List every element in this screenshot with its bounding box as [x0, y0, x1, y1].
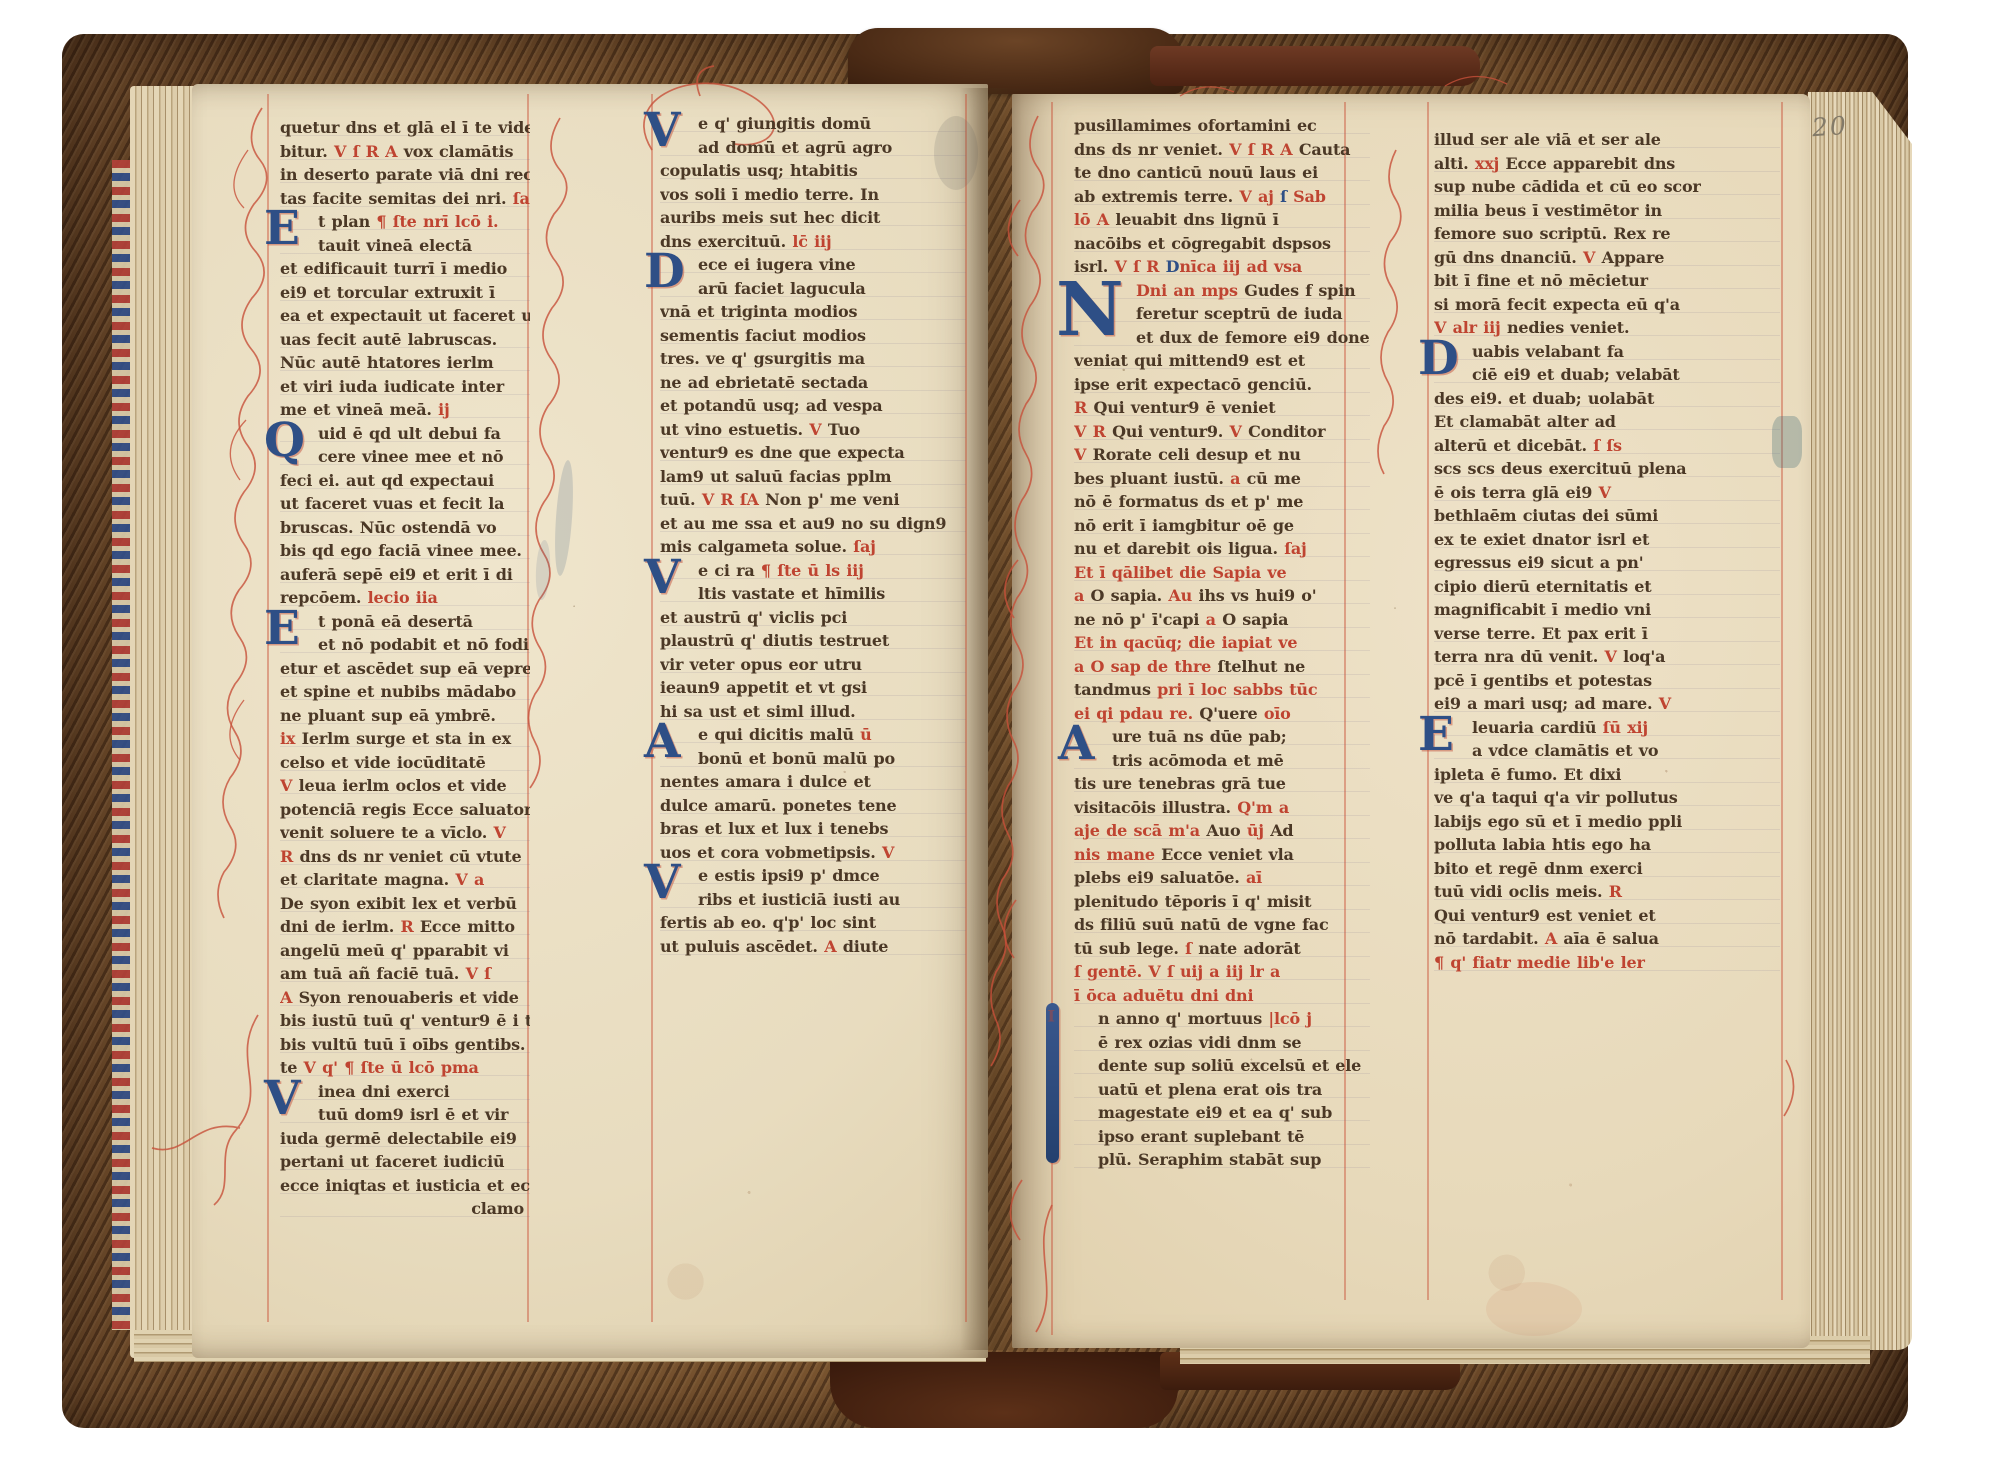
- text-line: lō A leuabit dns lignū ī: [1074, 208, 1370, 232]
- text-line: nacōibs et cōgregabit dspsos: [1074, 232, 1370, 256]
- text-line: ne ad ebrietatē sectada: [660, 371, 966, 395]
- text-line: nentes amara i dulce et: [660, 770, 966, 794]
- text-line: femore suo scriptū. Rex re: [1434, 222, 1780, 246]
- text-line: bitur. V ſ R A vox clamātis: [280, 140, 530, 164]
- text-line: bit ī fine et nō mēcietur: [1434, 269, 1780, 293]
- text-line: ipleta ē fumo. Et dixi: [1434, 763, 1780, 787]
- text-line: nu et darebit ois ligua. ſaj: [1074, 537, 1370, 561]
- text-line: bras et lux et lux i tenebs: [660, 817, 966, 841]
- text-line: ei9 a mari usq; ad mare. V: [1434, 692, 1780, 716]
- illuminated-initial-D: D: [644, 249, 685, 295]
- text-line: pusillamimes ofortamini ec: [1074, 114, 1370, 138]
- text-line: terra nra dū venit. V loq'a: [1434, 645, 1780, 669]
- text-line: vos soli ī medio terre. In: [660, 183, 966, 207]
- text-line: tas facite semitas dei nri. ſa: [280, 187, 530, 211]
- text-line: ix Ierlm surge et sta in ex: [280, 727, 530, 751]
- text-line: feci ei. aut qd expectaui: [280, 469, 530, 493]
- text-line: me et vineā meā. ij: [280, 398, 530, 422]
- text-line: nō erit ī iamgbitur oē ge: [1074, 514, 1370, 538]
- text-line: Et in qacūq; die iapiat ve: [1074, 631, 1370, 655]
- text-line: sementis faciut modios: [660, 324, 966, 348]
- text-line: e ci ra ¶ ſte ū ls iij: [660, 559, 966, 583]
- text-line: vir veter opus eor utru: [660, 653, 966, 677]
- text-line: et au me ssa et au9 no su dign9: [660, 512, 966, 536]
- text-line: potenciā regis Ecce saluator: [280, 798, 530, 822]
- text-line: bito et regē dnm exerci: [1434, 857, 1780, 881]
- text-line: dns ds nr veniet. V ſ R A Cauta: [1074, 138, 1370, 162]
- illuminated-initial-E: E: [264, 206, 300, 252]
- text-line: n anno q' mortuus |lcō j: [1074, 1007, 1370, 1031]
- text-line: ds filiū suū natū de vgne fac: [1074, 913, 1370, 937]
- text-line: t ponā eā desertā: [280, 610, 530, 634]
- text-line: nō tardabit. A aīa ē salua: [1434, 927, 1780, 951]
- text-line: pcē ī gentibs et potestas: [1434, 669, 1780, 693]
- text-line: Qui ventur9 est veniet et: [1434, 904, 1780, 928]
- text-line: uatū et plena erat ois tra: [1074, 1078, 1370, 1102]
- text-line: gū dns dnanciū. V Appare: [1434, 246, 1780, 270]
- text-line: plebs ei9 saluatōe. aī: [1074, 866, 1370, 890]
- page-edges-left: [130, 86, 196, 1358]
- text-line: tuū vidi oclis meis. R: [1434, 880, 1780, 904]
- text-line: et nō podabit et nō fodi: [280, 633, 530, 657]
- text-line: ne pluant sup eā ymbrē.: [280, 704, 530, 728]
- text-line: bis vultū tuū ī oībs gentibs.: [280, 1033, 530, 1057]
- text-line: verse terre. Et pax erit ī: [1434, 622, 1780, 646]
- text-line: dente sup soliū excelsū et ele: [1074, 1054, 1370, 1078]
- text-column-left-1: quetur dns et glā el ī te videbitur. V ſ…: [280, 116, 530, 1221]
- text-line: e estis ipsi9 p' dmce: [660, 864, 966, 888]
- text-column-right-1: pusillamimes ofortamini ecdns ds nr veni…: [1074, 114, 1370, 1172]
- text-line: cere vinee mee et nō: [280, 445, 530, 469]
- text-line: celso et vide iocūditatē: [280, 751, 530, 775]
- text-line: ſ gentē. V ſ uij a iij lr a: [1074, 960, 1370, 984]
- text-line: ē rex ozias vidi dnm se: [1074, 1031, 1370, 1055]
- text-line: et claritate magna. V a: [280, 868, 530, 892]
- text-line: pertani ut faceret iudiciū: [280, 1150, 530, 1174]
- text-line: uos et cora vobmetipsis. V: [660, 841, 966, 865]
- text-line: polluta labia htis ego ha: [1434, 833, 1780, 857]
- text-line: tres. ve q' gsurgitis ma: [660, 347, 966, 371]
- illuminated-initial-E: E: [264, 606, 300, 652]
- text-line: labijs ego sū et ī medio ppli: [1434, 810, 1780, 834]
- text-line: alterū et dicebāt. ſ ſs: [1434, 434, 1780, 458]
- text-line: plaustrū q' diutis testruet: [660, 629, 966, 653]
- text-line: te dno canticū nouū laus ei: [1074, 161, 1370, 185]
- text-line: t plan ¶ ſte nrī lcō i.: [280, 210, 530, 234]
- text-line: V leua ierlm oclos et vide: [280, 774, 530, 798]
- text-line: ut faceret vuas et fecit la: [280, 492, 530, 516]
- text-line: a vdce clamātis et vo: [1434, 739, 1780, 763]
- text-line: Et clamabāt alter ad: [1434, 410, 1780, 434]
- text-line: nis mane Ecce veniet vla: [1074, 843, 1370, 867]
- text-line: ve q'a taqui q'a vir pollutus: [1434, 786, 1780, 810]
- text-line: Nūc autē htatores ierlm: [280, 351, 530, 375]
- text-line: bis qd ego faciā vinee mee.: [280, 539, 530, 563]
- text-line: scs scs deus exercituū plena: [1434, 457, 1780, 481]
- text-line: et viri iuda iudicate inter: [280, 375, 530, 399]
- text-line: ī ōca aduētu dni dni: [1074, 984, 1370, 1008]
- text-line: bes pluant iustū. a cū me: [1074, 467, 1370, 491]
- text-line: tū sub lege. ſ nate adorāt: [1074, 937, 1370, 961]
- text-line: mis calgameta solue. ſaj: [660, 535, 966, 559]
- illuminated-initial-V: V: [644, 555, 680, 601]
- text-line: tauit vineā electā: [280, 234, 530, 258]
- text-line: inea dni exerci: [280, 1080, 530, 1104]
- text-line: venit soluere te a vīclo. V: [280, 821, 530, 845]
- text-line: ciē ei9 et duab; velabāt: [1434, 363, 1780, 387]
- text-line: visitacōis illustra. Q'm a: [1074, 796, 1370, 820]
- text-column-left-2: e q' giungitis domūVad domū et agrū agro…: [660, 112, 966, 958]
- text-line: R dns ds nr veniet cū vtute: [280, 845, 530, 869]
- text-line: ure tuā ns dūe pab;: [1074, 725, 1370, 749]
- folio-number: 20: [1811, 111, 1849, 142]
- top-board-edge: [1150, 46, 1480, 86]
- text-line: ut vino estuetis. V Tuo: [660, 418, 966, 442]
- text-line: ut puluis ascēdet. A diute: [660, 935, 966, 959]
- text-line: V Rorate celi desup et nu: [1074, 443, 1370, 467]
- text-line: milia beus ī vestimētor in: [1434, 199, 1780, 223]
- text-line: R Qui ventur9 ē veniet: [1074, 396, 1370, 420]
- text-column-right-2: illud ser ale viā et ser alealti. xxj Ec…: [1434, 128, 1780, 974]
- text-line: V R Qui ventur9. V Conditor: [1074, 420, 1370, 444]
- text-line: ecce iniqtas et iusticia et ecce: [280, 1174, 530, 1198]
- page-edges-right: [1808, 92, 1912, 1350]
- illuminated-initial-Q: Q: [264, 418, 305, 464]
- text-line: et austrū q' viclis pci: [660, 606, 966, 630]
- text-line: dni de ierlm. R Ecce mitto: [280, 915, 530, 939]
- illuminated-initial-V: V: [264, 1076, 300, 1122]
- text-line: dns exercituū. lc̄ iij: [660, 230, 966, 254]
- text-line: A Syon renouaberis et vide: [280, 986, 530, 1010]
- text-line: ribs et iusticiā iusti au: [660, 888, 966, 912]
- text-line: Et ī qālibet die Sapia ve: [1074, 561, 1370, 585]
- decorated-fore-edge-stripe: [112, 160, 130, 1330]
- text-line: egressus ei9 sicut a pn': [1434, 551, 1780, 575]
- text-line: auferā sepē ei9 et erit ī di: [280, 563, 530, 587]
- illuminated-initial-A: A: [1058, 721, 1094, 767]
- text-line: copulatis usq; htabitis: [660, 159, 966, 183]
- text-line: a O sapia. Au ihs vs hui9 o': [1074, 584, 1370, 608]
- text-line: vnā et triginta modios: [660, 300, 966, 324]
- text-line: ipse erit expectacō genciū.: [1074, 373, 1370, 397]
- text-line: tuū dom9 isrl ē et vir: [280, 1103, 530, 1127]
- text-line: magnificabit ī medio vni: [1434, 598, 1780, 622]
- text-line: alti. xxj Ecce apparebit dns: [1434, 152, 1780, 176]
- text-line: cipio dierū eternitatis et: [1434, 575, 1780, 599]
- text-line: in deserto parate viā dni rec: [280, 163, 530, 187]
- text-line: hi sa ust et siml illud.: [660, 700, 966, 724]
- text-line: aje de scā m'a Auo ūj Ad: [1074, 819, 1370, 843]
- text-line: si morā fecit expecta eū q'a: [1434, 293, 1780, 317]
- text-line: dulce amarū. ponetes tene: [660, 794, 966, 818]
- text-line: bis iustū tuū q' ventur9 ē i te: [280, 1009, 530, 1033]
- illuminated-initial-D: D: [1418, 336, 1459, 382]
- text-line: veniat qui mittend9 est et: [1074, 349, 1370, 373]
- text-line: ece ei iugera vine: [660, 253, 966, 277]
- text-line: angelū meū q' pparabit vi: [280, 939, 530, 963]
- text-line: arū faciet lagucula: [660, 277, 966, 301]
- text-line: uid ē qd ult debui fa: [280, 422, 530, 446]
- text-line: tris acōmoda et mē: [1074, 749, 1370, 773]
- text-line: plū. Seraphim stabāt sup: [1074, 1148, 1370, 1172]
- illuminated-initial-N: N: [1056, 275, 1123, 345]
- text-line: iuda germē delectabile ei9: [280, 1127, 530, 1151]
- text-line: ltis vastate et hīmilis: [660, 582, 966, 606]
- text-line: clamo: [280, 1197, 530, 1221]
- illuminated-initial-V: V: [644, 108, 680, 154]
- text-line: ipso erant suplebant tē: [1074, 1125, 1370, 1149]
- text-line: et edificauit turrī ī medio: [280, 257, 530, 281]
- illuminated-initial-V: V: [644, 860, 680, 906]
- text-line: magestate ei9 et ea q' sub: [1074, 1101, 1370, 1125]
- illuminated-initial-I: I: [1046, 1003, 1059, 1163]
- text-line: ei9 et torcular extruxit ī: [280, 281, 530, 305]
- text-line: tuū. V R ſA Non p' me veni: [660, 488, 966, 512]
- text-line: ex te exiet dnator isrl et: [1434, 528, 1780, 552]
- spine-tailband-bottom: [830, 1352, 1178, 1428]
- text-line: illud ser ale viā et ser ale: [1434, 128, 1780, 152]
- text-line: e qui dicitis malū ū: [660, 723, 966, 747]
- text-line: ieaun9 appetit et vt gsi: [660, 676, 966, 700]
- text-line: tandmus pri ī loc sabbs tūc: [1074, 678, 1370, 702]
- text-line: ad domū et agrū agro: [660, 136, 966, 160]
- text-line: lam9 ut saluū facias pplm: [660, 465, 966, 489]
- illuminated-initial-A: A: [644, 719, 680, 765]
- text-line: a O sap de thre ſtelhut ne: [1074, 655, 1370, 679]
- text-line: repcōem. lecio iia: [280, 586, 530, 610]
- text-line: sup nube cādida et cū eo scor: [1434, 175, 1780, 199]
- text-line: fertis ab eo. q'p' loc sint: [660, 911, 966, 935]
- text-line: quetur dns et glā el ī te vide: [280, 116, 530, 140]
- manuscript-book-photo: quetur dns et glā el ī te videbitur. V ſ…: [0, 0, 2000, 1465]
- text-line: plenitudo tēporis ī q' misit: [1074, 890, 1370, 914]
- text-line: ¶ q' fiatr medie lib'e ler: [1434, 951, 1780, 975]
- text-line: leuaria cardiū ſū xij: [1434, 716, 1780, 740]
- text-line: V alr iij nedies veniet.: [1434, 316, 1780, 340]
- text-line: bonū et bonū malū po: [660, 747, 966, 771]
- text-line: ne nō p' ī'capi a O sapia: [1074, 608, 1370, 632]
- text-line: des ei9. et duab; uolabāt: [1434, 387, 1780, 411]
- text-line: ventur9 es dne que expecta: [660, 441, 966, 465]
- text-line: tis ure tenebras grā tue: [1074, 772, 1370, 796]
- text-line: e q' giungitis domū: [660, 112, 966, 136]
- text-line: bethlaēm ciutas dei sūmi: [1434, 504, 1780, 528]
- text-line: ab extremis terre. V aj ſ Sab: [1074, 185, 1370, 209]
- text-line: et spine et nubibs mādabo: [280, 680, 530, 704]
- text-line: et potandū usq; ad vespa: [660, 394, 966, 418]
- text-line: ea et expectauit ut faceret u: [280, 304, 530, 328]
- text-line: nō ē formatus ds et p' me: [1074, 490, 1370, 514]
- text-line: uas fecit autē labruscas.: [280, 328, 530, 352]
- text-line: bruscas. Nūc ostendā vo: [280, 516, 530, 540]
- text-line: am tuā añ faciē tuā. V ſ: [280, 962, 530, 986]
- text-line: etur et ascēdet sup eā vepres: [280, 657, 530, 681]
- illuminated-initial-E: E: [1418, 712, 1454, 758]
- text-line: ē ois terra glā ei9 V: [1434, 481, 1780, 505]
- text-line: te V q' ¶ ſte ū lcō pma: [280, 1056, 530, 1080]
- text-line: De syon exibit lex et verbū: [280, 892, 530, 916]
- text-line: ei qi pdau re. Q'uere oīo: [1074, 702, 1370, 726]
- text-line: auribs meis sut hec dicit: [660, 206, 966, 230]
- text-line: uabis velabant fa: [1434, 340, 1780, 364]
